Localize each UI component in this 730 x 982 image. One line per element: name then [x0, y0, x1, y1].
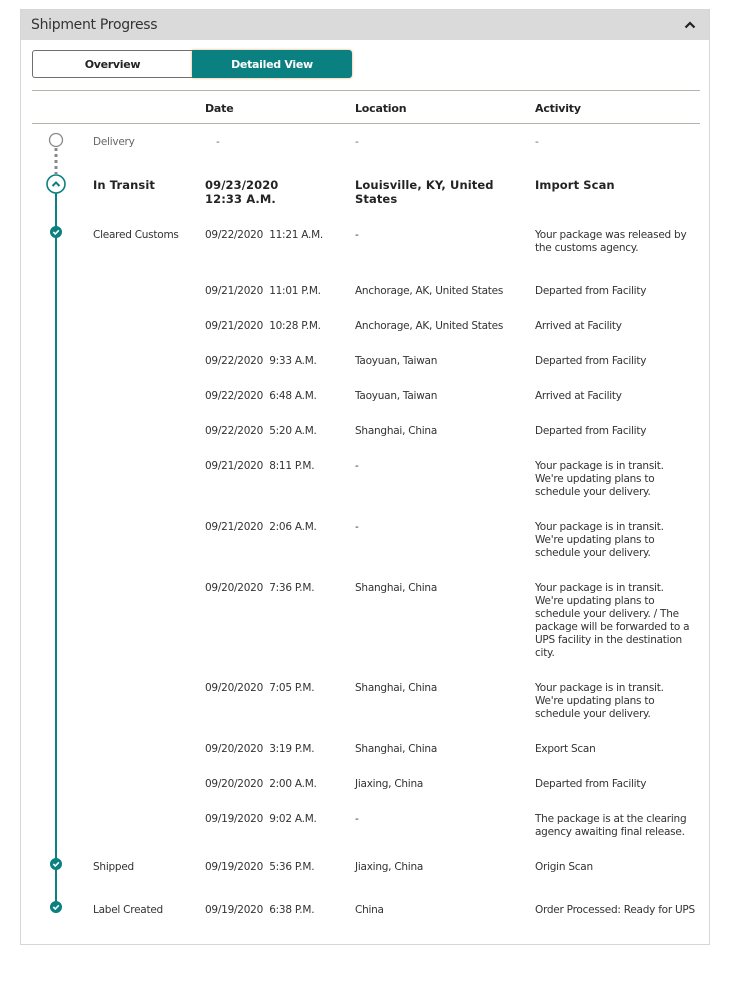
column-header-location: Location [355, 102, 406, 115]
view-toggle: Overview Detailed View [32, 50, 352, 78]
date-cell: 09/22/2020 9:33 A.M. [205, 355, 317, 368]
detailed-view-tab[interactable]: Detailed View [192, 50, 352, 78]
location-cell: Taoyuan, Taiwan [355, 355, 515, 368]
date-cell: 09/22/2020 6:48 A.M. [205, 390, 317, 403]
activity-cell: Departed from Facility [535, 778, 695, 791]
column-header-activity: Activity [535, 102, 581, 115]
date-cell: 09/21/2020 11:01 P.M. [205, 285, 321, 298]
panel-header[interactable]: Shipment Progress [21, 10, 709, 40]
activity-cell: Departed from Facility [535, 425, 695, 438]
location-cell: Taoyuan, Taiwan [355, 390, 515, 403]
chevron-up-icon[interactable] [681, 16, 699, 34]
date-cell: 09/21/2020 2:06 A.M. [205, 521, 317, 534]
location-cell: Jiaxing, China [355, 861, 515, 874]
activity-cell: Import Scan [535, 178, 695, 192]
progress-timeline [21, 10, 91, 946]
activity-cell: Your package is in transit. We're updati… [535, 682, 695, 721]
location-cell: - [355, 136, 515, 149]
milestone-label: Label Created [93, 904, 163, 917]
date-cell: 09/22/2020 5:20 A.M. [205, 425, 317, 438]
activity-cell: Your package is in transit. We're updati… [535, 582, 695, 660]
panel-title: Shipment Progress [31, 17, 157, 33]
location-cell: - [355, 813, 515, 826]
activity-cell: Your package is in transit. We're updati… [535, 460, 695, 499]
activity-cell: Origin Scan [535, 861, 695, 874]
location-cell: - [355, 229, 515, 242]
location-cell: Jiaxing, China [355, 778, 515, 791]
activity-cell: Departed from Facility [535, 355, 695, 368]
location-cell: Anchorage, AK, United States [355, 285, 515, 298]
activity-cell: - [535, 136, 695, 149]
activity-cell: Order Processed: Ready for UPS [535, 904, 695, 917]
location-cell: Shanghai, China [355, 682, 515, 695]
activity-cell: The package is at the clearing agency aw… [535, 813, 695, 839]
divider [32, 123, 700, 124]
date-cell: 09/20/2020 7:05 P.M. [205, 682, 314, 695]
activity-cell: Departed from Facility [535, 285, 695, 298]
date-cell: 09/21/2020 10:28 P.M. [205, 320, 321, 333]
activity-cell: Arrived at Facility [535, 390, 695, 403]
location-cell: - [355, 521, 515, 534]
pending-circle-icon [50, 134, 63, 147]
location-cell: Shanghai, China [355, 425, 515, 438]
check-circle-icon [50, 858, 62, 870]
activity-cell: Export Scan [535, 743, 695, 756]
date-cell: 09/23/2020 12:33 A.M. [205, 178, 278, 206]
milestone-label: Shipped [93, 861, 134, 874]
divider [32, 90, 700, 91]
date-cell: 09/19/2020 9:02 A.M. [205, 813, 317, 826]
overview-tab[interactable]: Overview [32, 50, 192, 78]
location-cell: China [355, 904, 515, 917]
activity-cell: Arrived at Facility [535, 320, 695, 333]
location-cell: Shanghai, China [355, 743, 515, 756]
date-cell: 09/21/2020 8:11 P.M. [205, 460, 314, 473]
column-header-date: Date [205, 102, 233, 115]
date-cell: 09/20/2020 2:00 A.M. [205, 778, 317, 791]
activity-cell: Your package was released by the customs… [535, 229, 695, 255]
date-cell: 09/20/2020 3:19 P.M. [205, 743, 314, 756]
date-cell: 09/19/2020 6:38 P.M. [205, 904, 314, 917]
milestone-label: Delivery [93, 136, 135, 149]
current-step-icon [47, 175, 65, 193]
date-cell: 09/22/2020 11:21 A.M. [205, 229, 323, 242]
activity-cell: Your package is in transit. We're updati… [535, 521, 695, 560]
location-cell: Louisville, KY, United States [355, 178, 515, 206]
shipment-progress-panel: Shipment Progress Overview Detailed View… [20, 9, 710, 945]
milestone-label: In Transit [93, 178, 155, 192]
date-cell: 09/19/2020 5:36 P.M. [205, 861, 314, 874]
location-cell: Anchorage, AK, United States [355, 320, 515, 333]
date-cell: 09/20/2020 7:36 P.M. [205, 582, 314, 595]
date-cell: - [216, 136, 220, 149]
check-circle-icon [50, 226, 62, 238]
milestone-label: Cleared Customs [93, 229, 179, 242]
location-cell: - [355, 460, 515, 473]
check-circle-icon [50, 901, 62, 913]
location-cell: Shanghai, China [355, 582, 515, 595]
